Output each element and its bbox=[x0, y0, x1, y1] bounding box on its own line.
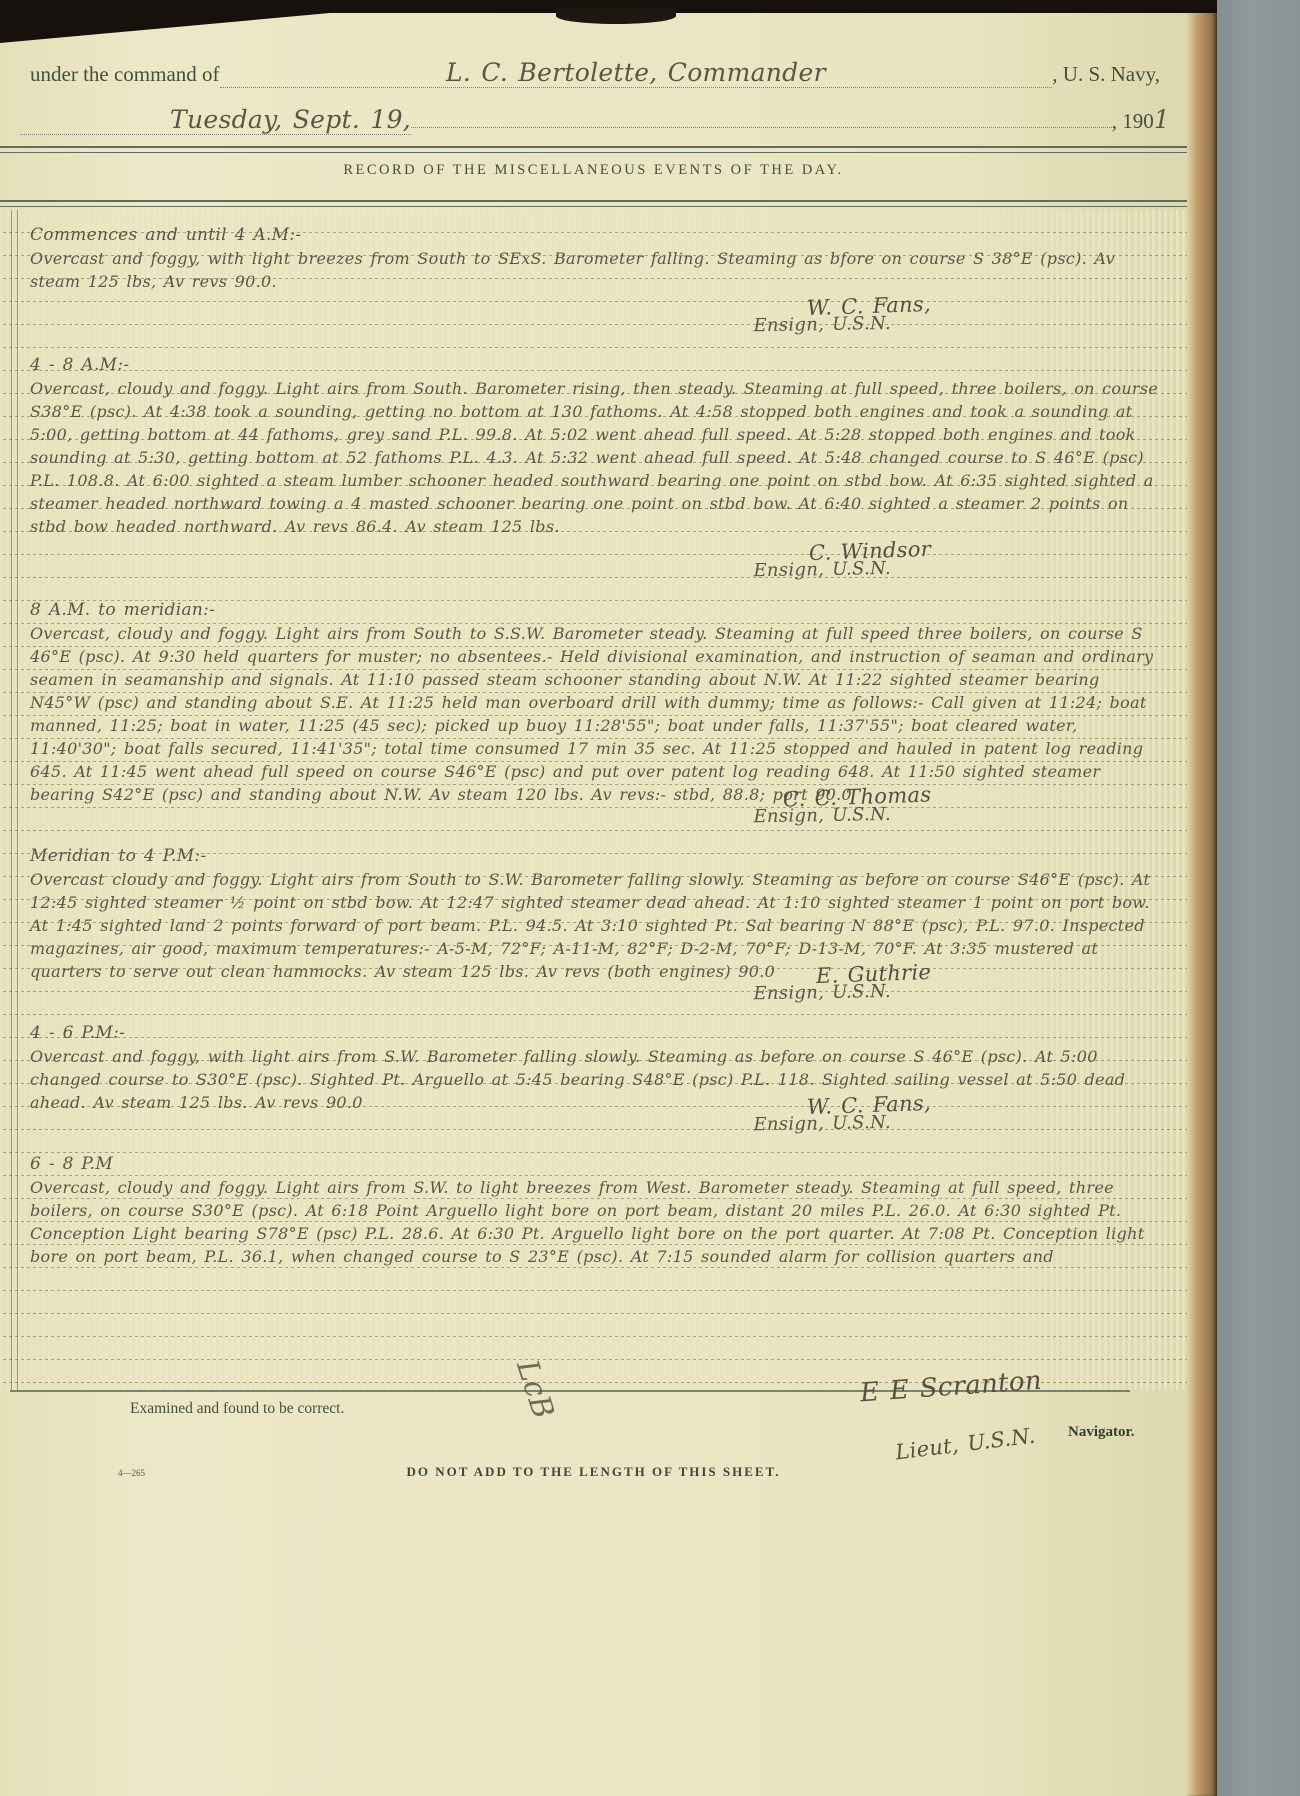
page-edge-strip bbox=[1187, 0, 1217, 1796]
command-prefix-label: under the command of bbox=[30, 62, 220, 87]
log-entry-8am-to-meridian: 8 A.M. to meridian:- Overcast, cloudy an… bbox=[30, 599, 1161, 834]
page-top-blemish bbox=[556, 8, 676, 24]
examined-label: Examined and found to be correct. bbox=[130, 1400, 344, 1418]
log-entry-commences-to-4am: Commences and until 4 A.M:- Overcast and… bbox=[30, 224, 1161, 343]
ruled-log-area: Commences and until 4 A.M:- Overcast and… bbox=[0, 210, 1187, 1390]
title-divider-rule bbox=[0, 200, 1187, 207]
entry-heading: 4 - 8 A.M:- bbox=[30, 354, 1161, 377]
sheet-length-note: DO NOT ADD TO THE LENGTH OF THIS SHEET. bbox=[0, 1464, 1187, 1480]
command-suffix-label: , U. S. Navy, bbox=[1052, 62, 1160, 87]
header-date-line: Tuesday, Sept. 19, , 190 1 bbox=[20, 104, 1170, 135]
header-divider-rule bbox=[0, 146, 1187, 153]
entry-heading: Commences and until 4 A.M:- bbox=[30, 224, 1161, 247]
log-entry-4-to-8am: 4 - 8 A.M:- Overcast, cloudy and foggy. … bbox=[30, 354, 1161, 588]
entry-heading: Meridian to 4 P.M:- bbox=[30, 845, 1161, 868]
log-entry-6-to-8pm: 6 - 8 P.M Overcast, cloudy and foggy. Li… bbox=[30, 1153, 1161, 1268]
book-binding-background bbox=[1217, 0, 1300, 1796]
log-entry-meridian-to-4pm: Meridian to 4 P.M:- Overcast cloudy and … bbox=[30, 845, 1161, 1011]
header-command-line: under the command of L. C. Bertolette, C… bbox=[30, 58, 1160, 88]
commander-name: L. C. Bertolette, Commander bbox=[220, 58, 1053, 88]
entry-signature-rank: Ensign, U.S.N. bbox=[30, 802, 931, 842]
log-entry-4-to-6pm: 4 - 6 P.M:- Overcast and foggy, with lig… bbox=[30, 1022, 1161, 1142]
entry-body: Overcast and foggy, with light breezes f… bbox=[30, 247, 1161, 293]
record-title: RECORD OF THE MISCELLANEOUS EVENTS OF TH… bbox=[0, 162, 1187, 179]
entry-heading: 4 - 6 P.M:- bbox=[30, 1022, 1161, 1045]
page-corner-shadow bbox=[0, 13, 330, 43]
date-blank-rule bbox=[411, 104, 1112, 128]
date-handwritten: Tuesday, Sept. 19, bbox=[20, 105, 411, 135]
entry-body: Overcast, cloudy and foggy. Light airs f… bbox=[30, 1176, 1161, 1268]
entry-body: Overcast, cloudy and foggy. Light airs f… bbox=[30, 377, 1161, 538]
entry-signature-rank: Ensign, U.S.N. bbox=[30, 311, 931, 351]
year-printed-label: , 190 bbox=[1112, 109, 1154, 134]
entry-signature-block: W. C. Fans, Ensign, U.S.N. bbox=[30, 293, 1161, 343]
entry-signature-block: C. Windsor Ensign, U.S.N. bbox=[30, 538, 1161, 588]
logbook-page-scan: under the command of L. C. Bertolette, C… bbox=[0, 0, 1300, 1796]
entry-heading: 6 - 8 P.M bbox=[30, 1153, 1161, 1176]
entry-signature-rank: Ensign, U.S.N. bbox=[30, 1110, 931, 1150]
year-handwritten: 1 bbox=[1154, 105, 1170, 134]
entry-heading: 8 A.M. to meridian:- bbox=[30, 599, 1161, 622]
navigator-label: Navigator. bbox=[1068, 1424, 1135, 1441]
entry-signature-rank: Ensign, U.S.N. bbox=[30, 556, 931, 596]
entry-body: Overcast, cloudy and foggy. Light airs f… bbox=[30, 622, 1161, 806]
entry-signature-rank: Ensign, U.S.N. bbox=[30, 979, 931, 1019]
